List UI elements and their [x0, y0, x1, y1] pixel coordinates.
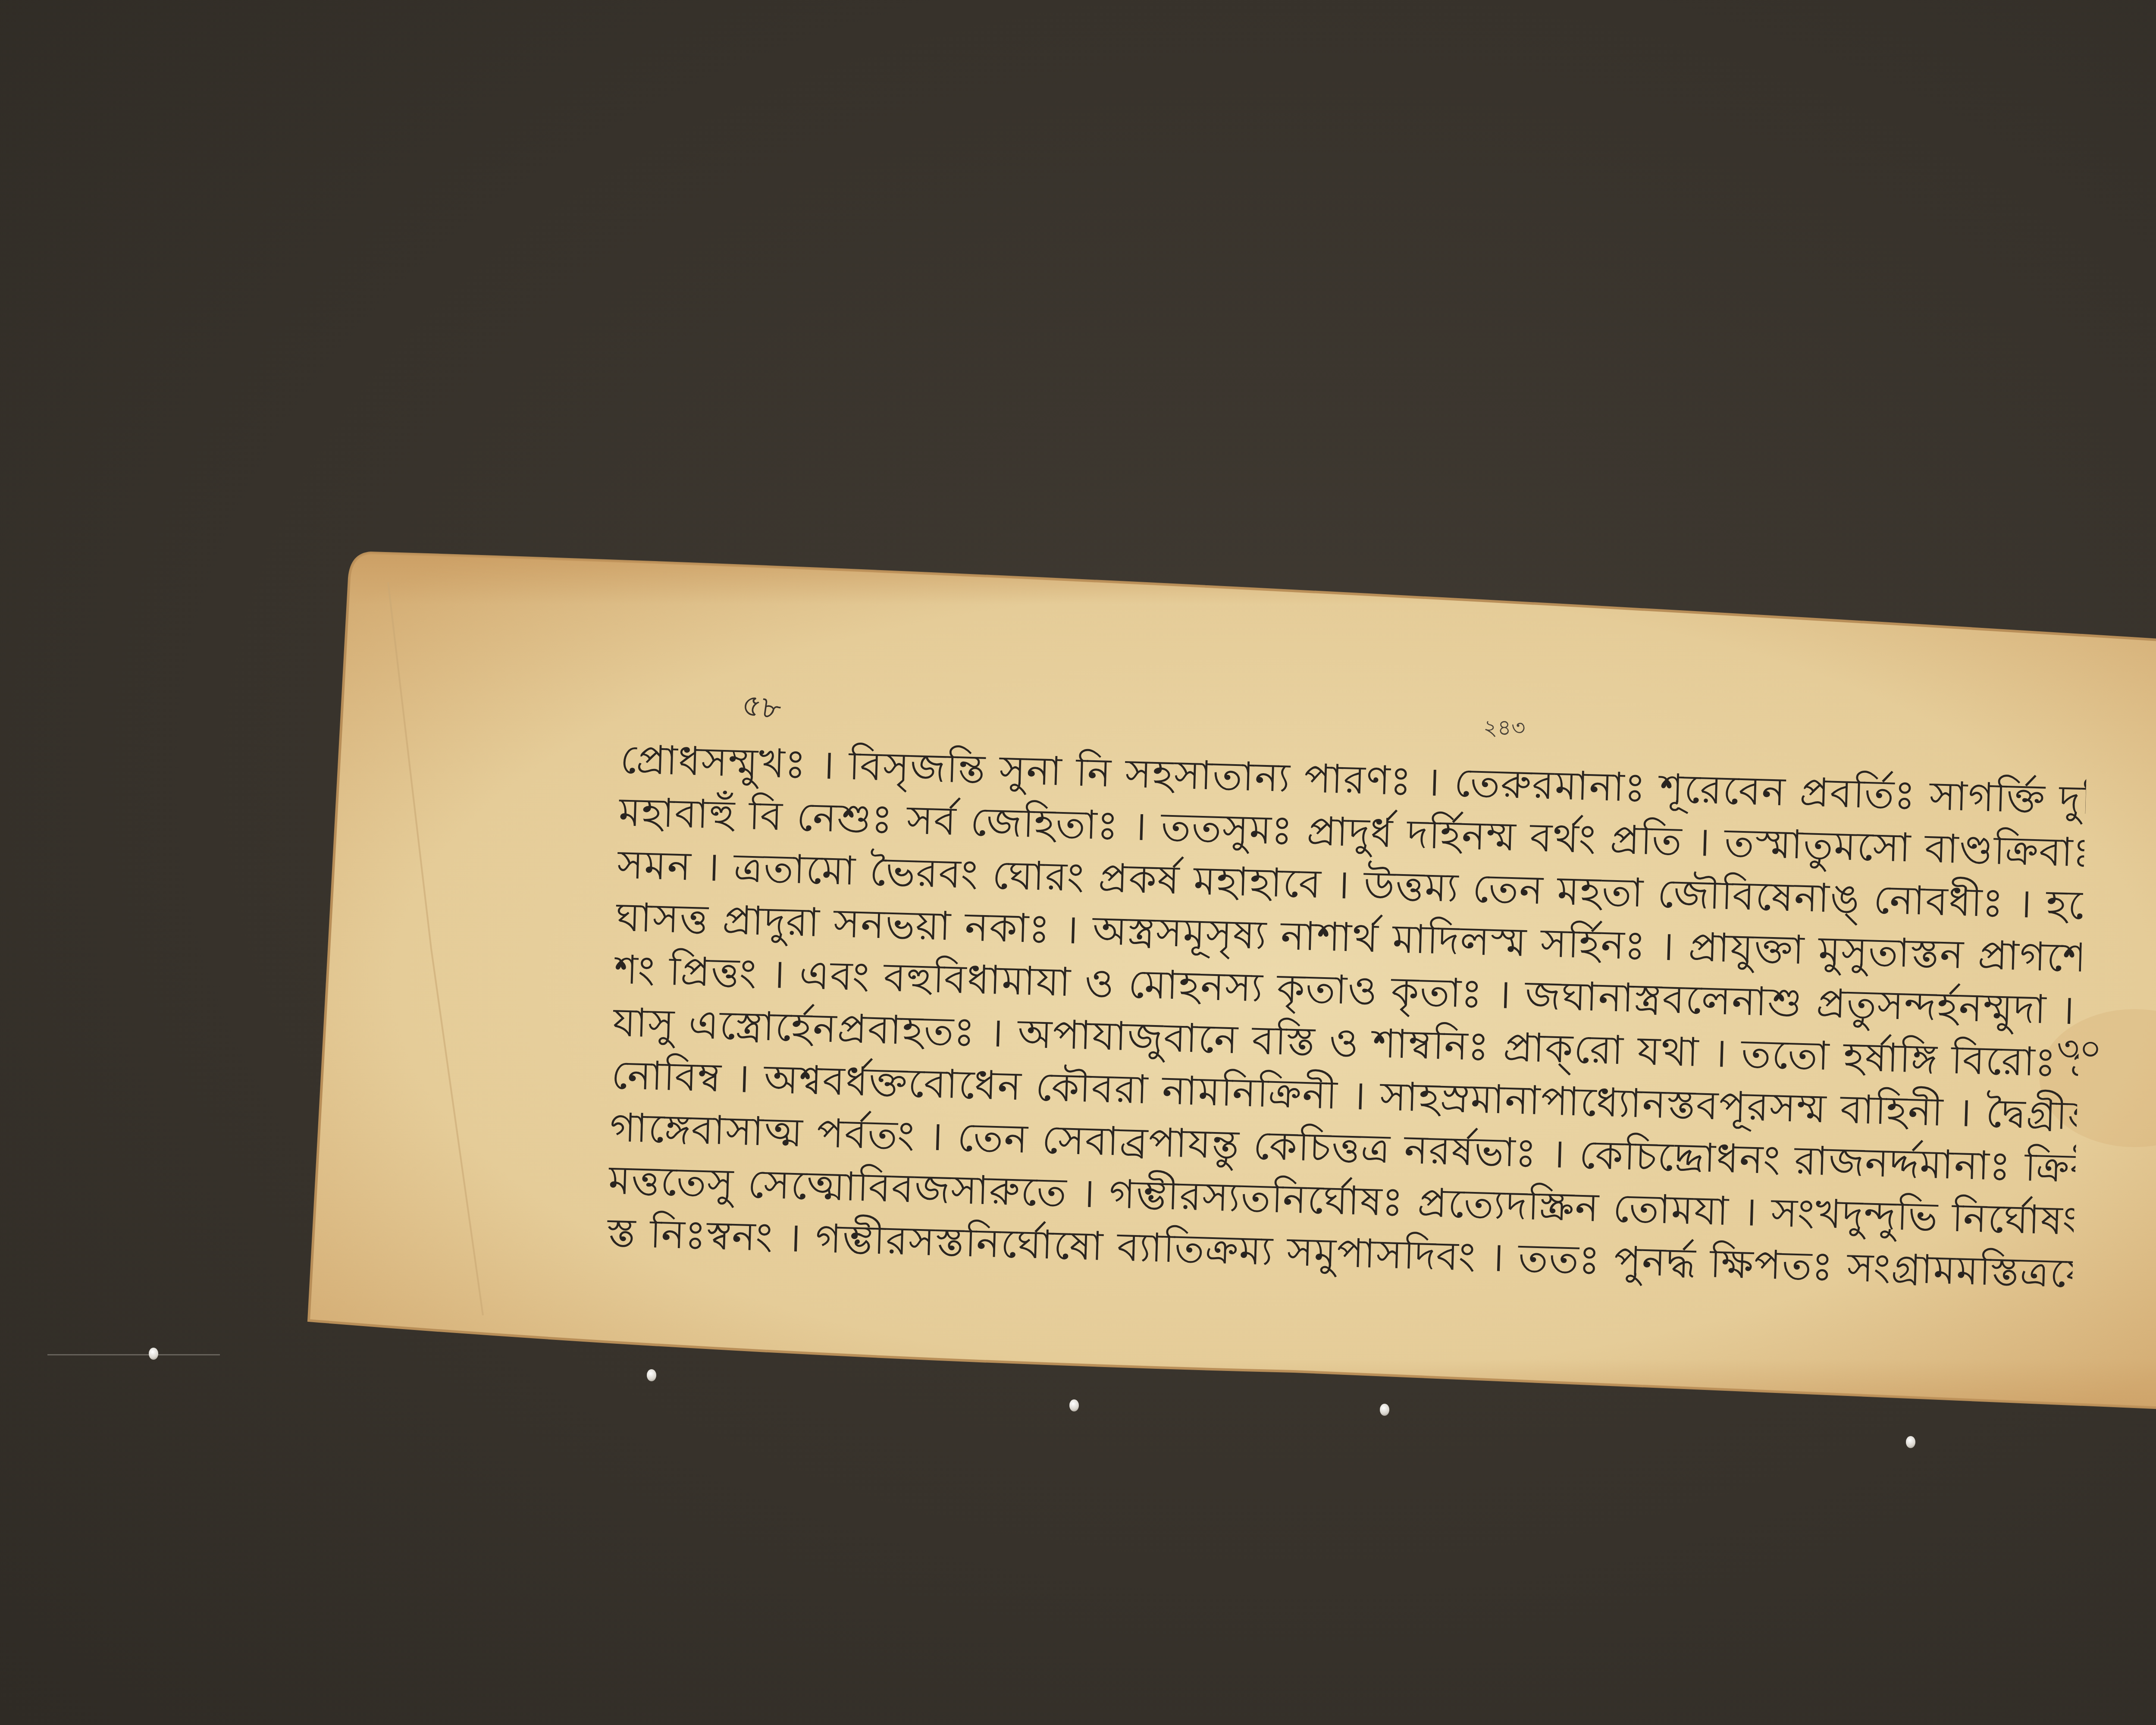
- mounting-pin: [1906, 1436, 1915, 1448]
- folio-number-left: ৫৮: [738, 681, 784, 737]
- mounting-pin: [647, 1369, 656, 1381]
- mounting-thread: [47, 1354, 220, 1355]
- mounting-pin: [149, 1348, 158, 1360]
- mounting-pin: [1380, 1404, 1389, 1416]
- manuscript-leaf: ৫৮ ২৪৩ ৩০ প্রোধসম্মুখঃ । বিসৃজন্তি সুনা …: [0, 0, 2156, 1725]
- mounting-pin: [1069, 1399, 1079, 1411]
- folio-number-top: ২৪৩: [1483, 712, 1525, 747]
- manuscript-text: প্রোধসম্মুখঃ । বিসৃজন্তি সুনা নি সহসাতান…: [606, 733, 2087, 1300]
